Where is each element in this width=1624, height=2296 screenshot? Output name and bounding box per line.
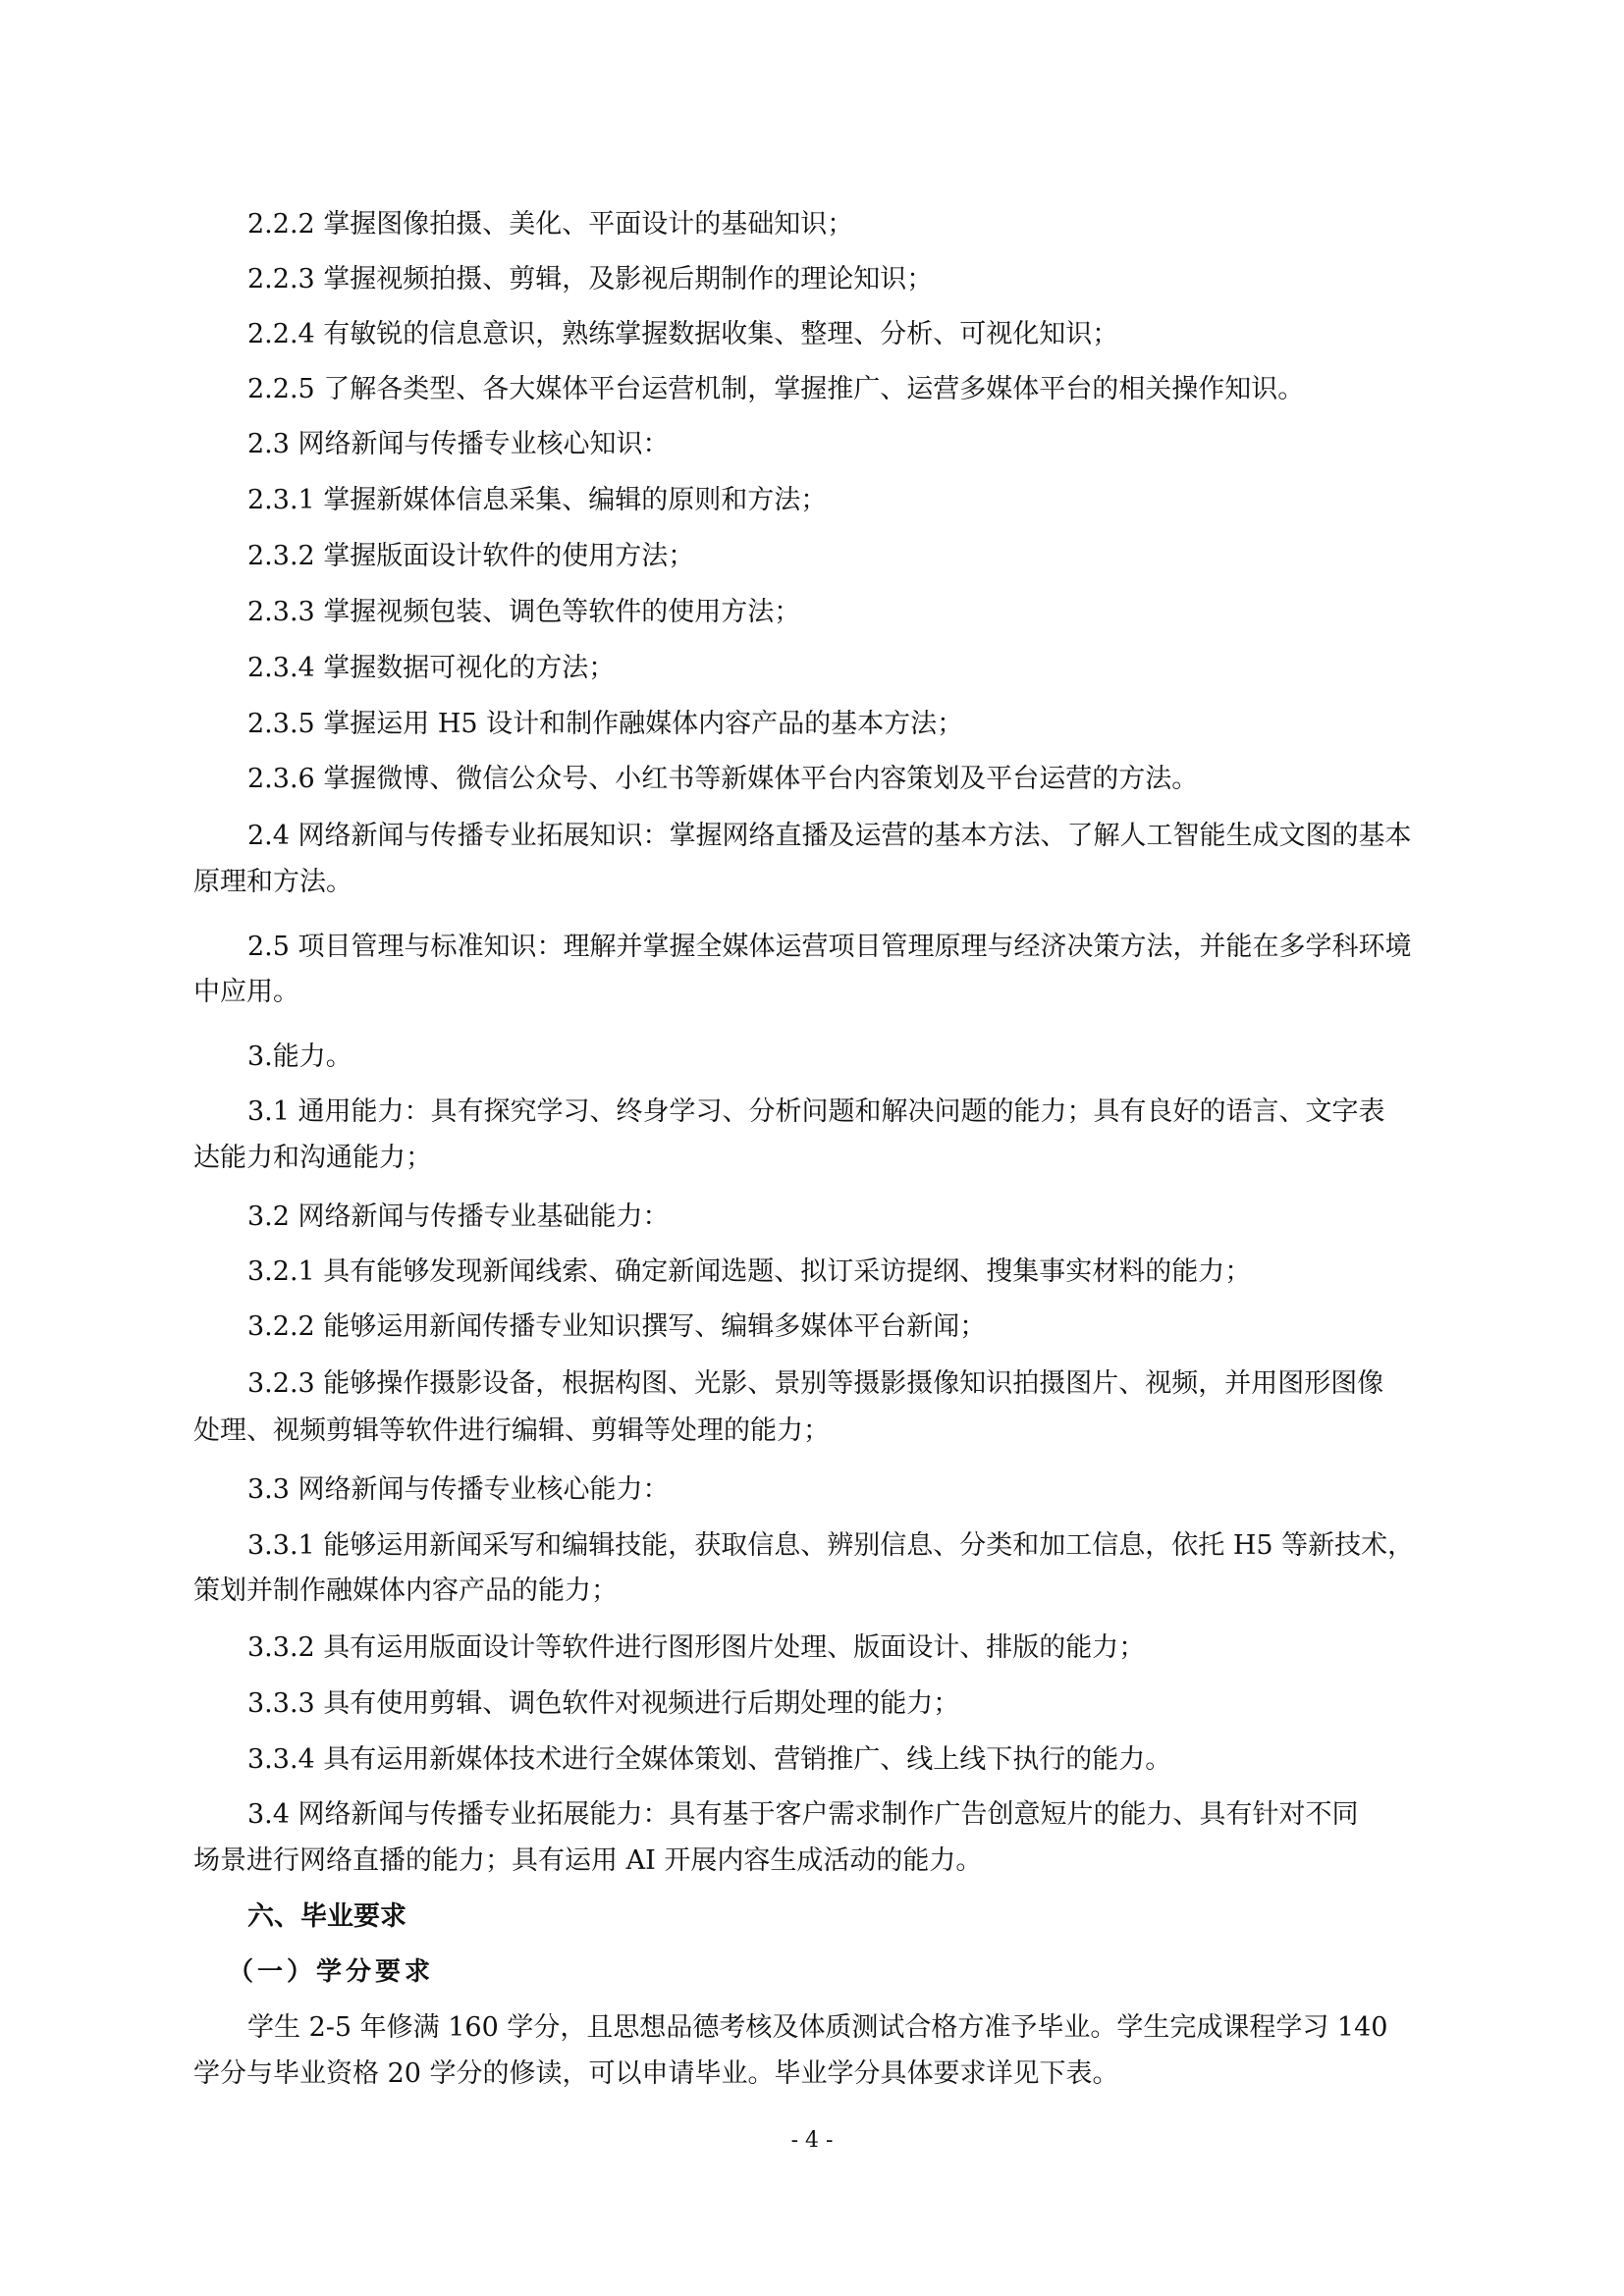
text-line: 2.3.1 掌握新媒体信息采集、编辑的原则和方法； [247, 484, 827, 517]
text-line: 原理和方法。 [193, 866, 352, 899]
text-line: 3.能力。 [247, 1041, 352, 1074]
text-line: 2.3.6 掌握微博、微信公众号、小红书等新媒体平台内容策划及平台运营的方法。 [247, 763, 1198, 796]
subsection-heading-credit-requirements: （一）学分要求 [228, 1955, 434, 1989]
page-number: - 4 - [0, 2128, 1624, 2153]
text-line: 3.2 网络新闻与传播专业基础能力： [247, 1201, 670, 1234]
text-line: 2.5 项目管理与标准知识：理解并掌握全媒体运营项目管理原理与经济决策方法，并能… [247, 931, 1412, 964]
text-line: 策划并制作融媒体内容产品的能力； [193, 1575, 618, 1608]
text-line: 场景进行网络直播的能力；具有运用 AI 开展内容生成活动的能力。 [193, 1844, 982, 1878]
text-line: 3.1 通用能力：具有探究学习、终身学习、分析问题和解决问题的能力；具有良好的语… [247, 1095, 1385, 1129]
text-line: 3.4 网络新闻与传播专业拓展能力：具有基于客户需求制作广告创意短片的能力、具有… [247, 1798, 1359, 1832]
text-line: 3.3.1 能够运用新闻采写和编辑技能，获取信息、辨别信息、分类和加工信息，依托… [247, 1529, 1414, 1563]
text-line: 3.2.2 能够运用新闻传播专业知识撰写、编辑多媒体平台新闻； [247, 1310, 986, 1344]
text-line: 2.2.5 了解各类型、各大媒体平台运营机制，掌握推广、运营多媒体平台的相关操作… [247, 373, 1304, 406]
text-line: 3.2.1 具有能够发现新闻线索、确定新闻选题、拟订采访提纲、搜集事实材料的能力… [247, 1255, 1251, 1289]
text-line: 学分与毕业资格 20 学分的修读，可以申请毕业。毕业学分具体要求详见下表。 [193, 2057, 1119, 2091]
text-line: 3.3 网络新闻与传播专业核心能力： [247, 1473, 670, 1507]
text-line: 中应用。 [193, 976, 299, 1009]
text-line: 2.4 网络新闻与传播专业拓展知识：掌握网络直播及运营的基本方法、了解人工智能生… [247, 820, 1412, 853]
text-line: 2.2.4 有敏锐的信息意识，熟练掌握数据收集、整理、分析、可视化知识； [247, 318, 1118, 351]
text-line: 达能力和沟通能力； [193, 1142, 432, 1175]
text-line: 学生 2-5 年修满 160 学分，且思想品德考核及体质测试合格方准予毕业。学生… [247, 2011, 1387, 2045]
text-line: 2.3.2 掌握版面设计软件的使用方法； [247, 540, 694, 573]
text-line: 3.3.4 具有运用新媒体技术进行全媒体策划、营销推广、线上线下执行的能力。 [247, 1743, 1171, 1777]
text-line: 处理、视频剪辑等软件进行编辑、剪辑等处理的能力； [193, 1415, 830, 1448]
text-line: 2.3 网络新闻与传播专业核心知识： [247, 428, 670, 461]
text-line: 2.2.3 掌握视频拍摄、剪辑，及影视后期制作的理论知识； [247, 263, 933, 296]
text-line: 2.3.5 掌握运用 H5 设计和制作融媒体内容产品的基本方法； [247, 708, 963, 741]
text-line: 3.3.2 具有运用版面设计等软件进行图形图片处理、版面设计、排版的能力； [247, 1631, 1145, 1665]
text-line: 3.2.3 能够操作摄影设备，根据构图、光影、景别等摄影摄像知识拍摄图片、视频，… [247, 1367, 1383, 1401]
text-line: 3.3.3 具有使用剪辑、调色软件对视频进行后期处理的能力； [247, 1687, 959, 1721]
text-line: 2.3.4 掌握数据可视化的方法； [247, 652, 615, 685]
text-line: 2.3.3 掌握视频包装、调色等软件的使用方法； [247, 596, 800, 629]
text-line: 2.2.2 掌握图像拍摄、美化、平面设计的基础知识； [247, 208, 853, 241]
section-heading-graduation-requirements: 六、毕业要求 [247, 1900, 406, 1934]
